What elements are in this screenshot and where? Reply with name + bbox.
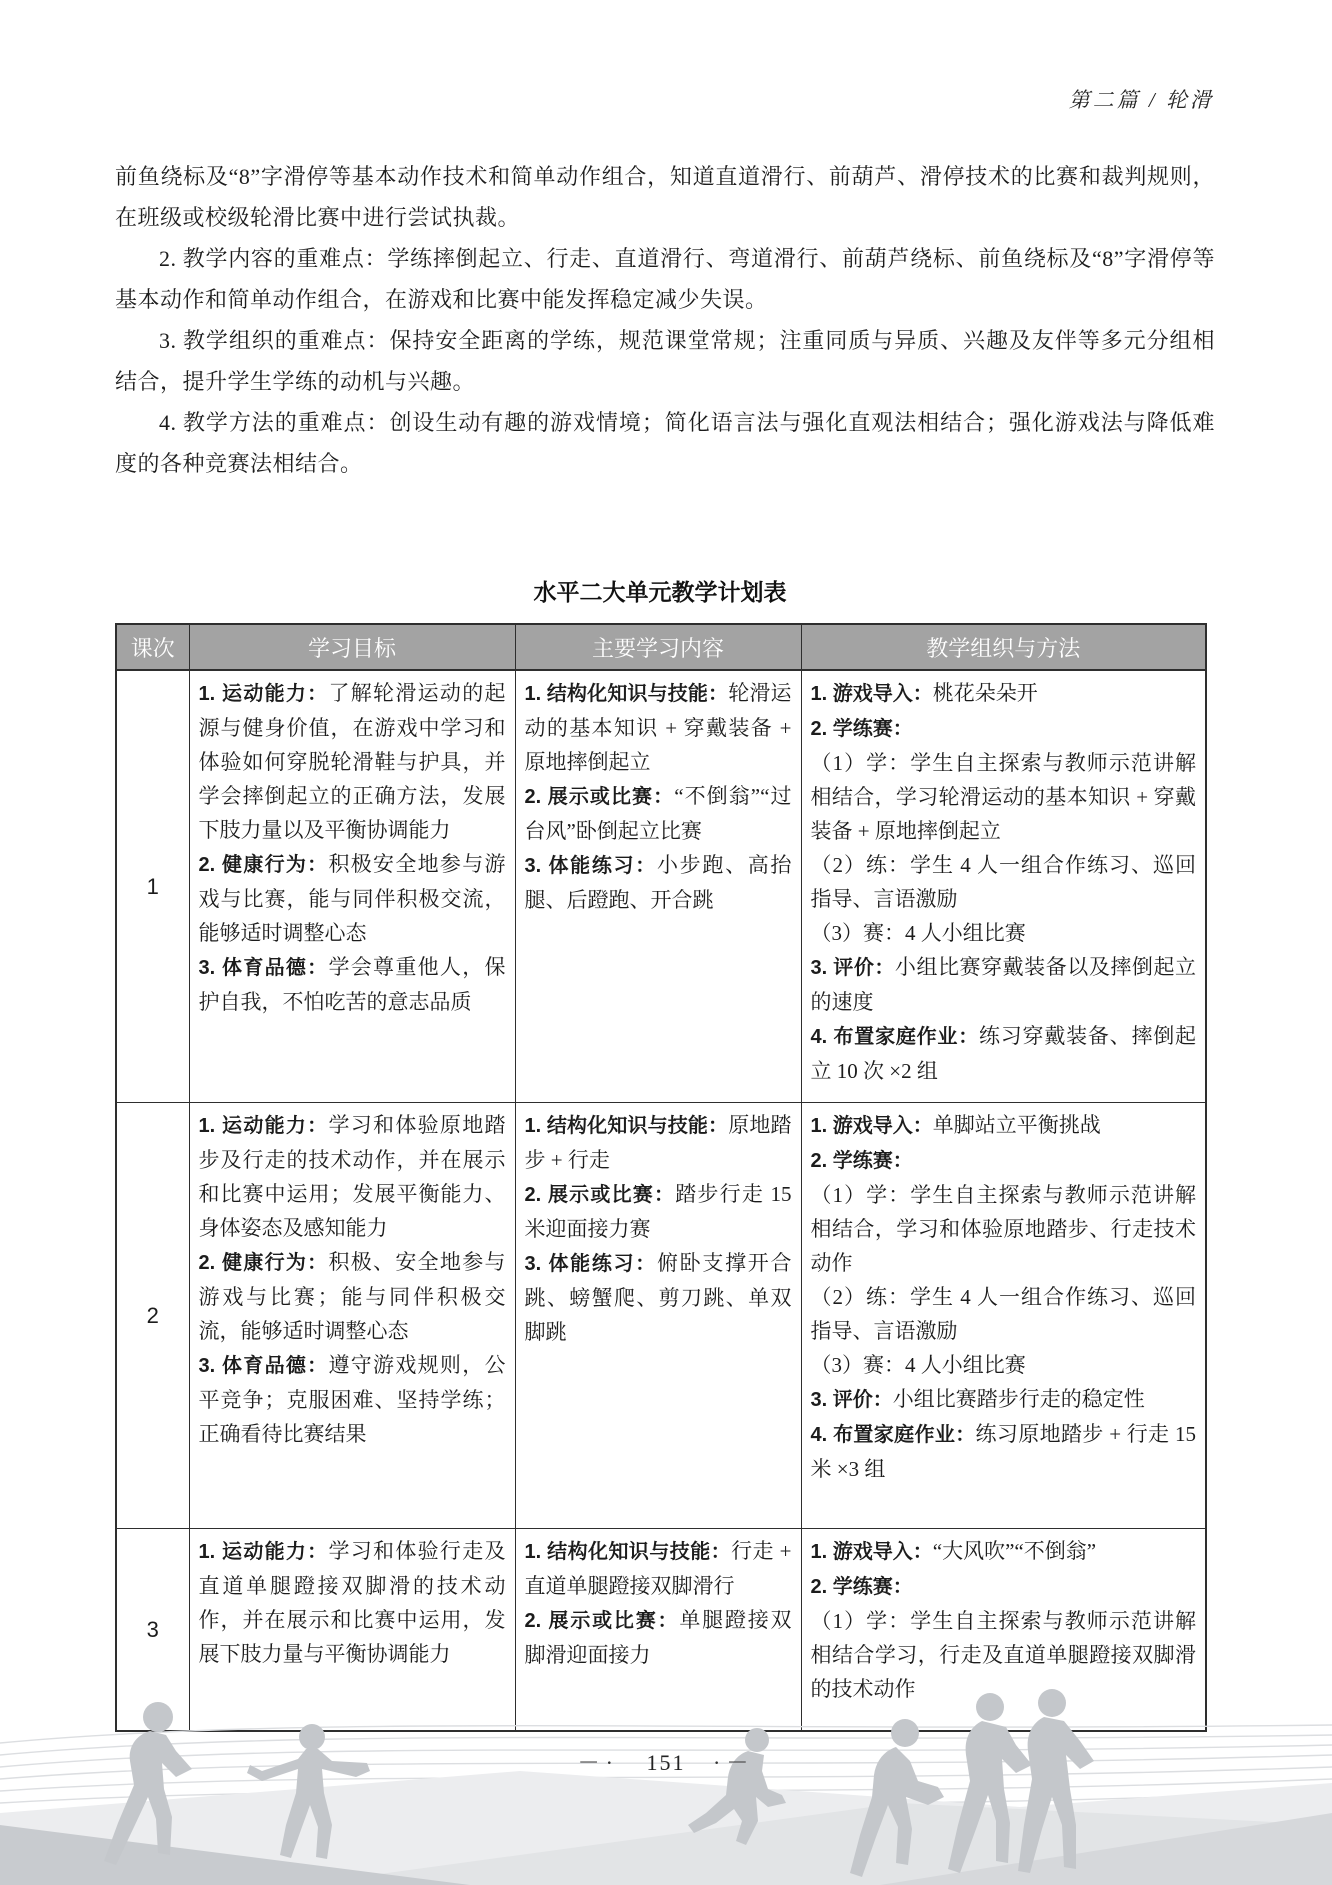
cell-paragraph: 1. 游戏导入：单脚站立平衡挑战	[811, 1108, 1197, 1143]
page-number-left-deco: －·	[578, 1750, 619, 1775]
lesson-table-body: 11. 运动能力：了解轮滑运动的起源与健身价值，在游戏中学习和体验如何穿脱轮滑鞋…	[116, 670, 1206, 1731]
cell-paragraph: （3）赛：4 人小组比赛	[811, 1348, 1197, 1382]
table-header: 课次 学习目标 主要学习内容 教学组织与方法	[116, 624, 1206, 670]
cell-paragraph: 3. 评价：小组比赛踏步行走的稳定性	[811, 1382, 1197, 1417]
page-number-right-deco: ·－	[713, 1750, 754, 1775]
cell-paragraph: 2. 学练赛：	[811, 1569, 1197, 1604]
table-row: 11. 运动能力：了解轮滑运动的起源与健身价值，在游戏中学习和体验如何穿脱轮滑鞋…	[116, 670, 1206, 1103]
cell-paragraph: 1. 结构化知识与技能：轮滑运动的基本知识 + 穿戴装备 + 原地摔倒起立	[525, 676, 792, 779]
cell-paragraph: 2. 展示或比赛：单腿蹬接双脚滑迎面接力	[525, 1603, 792, 1672]
lesson-number: 1	[116, 670, 189, 1103]
cell-paragraph: 2. 展示或比赛：“不倒翁”“过台风”卧倒起立比赛	[525, 779, 792, 848]
lesson-number: 2	[116, 1103, 189, 1529]
cell-paragraph: （2）练：学生 4 人一组合作练习、巡回指导、言语激励	[811, 1280, 1197, 1348]
page-number: －· 151 ·－	[0, 1746, 1332, 1777]
content-cell: 1. 结构化知识与技能：轮滑运动的基本知识 + 穿戴装备 + 原地摔倒起立2. …	[515, 670, 801, 1103]
cell-paragraph: 4. 布置家庭作业：练习穿戴装备、摔倒起立 10 次 ×2 组	[811, 1019, 1197, 1088]
goals-cell: 1. 运动能力：学习和体验原地踏步及行走的技术动作，并在展示和比赛中运用；发展平…	[189, 1103, 515, 1529]
paragraph: 3. 教学组织的重难点：保持安全距离的学练，规范课堂常规；注重同质与异质、兴趣及…	[115, 320, 1215, 402]
chapter-header: 第二篇 / 轮滑	[1069, 84, 1214, 114]
cell-paragraph: 1. 运动能力：了解轮滑运动的起源与健身价值，在游戏中学习和体验如何穿脱轮滑鞋与…	[199, 676, 506, 847]
cell-paragraph: 3. 体能练习：俯卧支撑开合跳、螃蟹爬、剪刀跳、单双脚跳	[525, 1246, 792, 1349]
paragraph: 前鱼绕标及“8”字滑停等基本动作技术和简单动作组合，知道直道滑行、前葫芦、滑停技…	[115, 156, 1215, 238]
column-header-goals: 学习目标	[189, 624, 515, 670]
table-title: 水平二大单元教学计划表	[115, 574, 1205, 607]
cell-paragraph: （1）学：学生自主探索与教师示范讲解相结合，学习轮滑运动的基本知识 + 穿戴装备…	[811, 746, 1197, 848]
methods-cell: 1. 游戏导入：单脚站立平衡挑战2. 学练赛：（1）学：学生自主探索与教师示范讲…	[801, 1103, 1206, 1529]
column-header-lesson: 课次	[116, 624, 189, 670]
cell-paragraph: 2. 健康行为：积极、安全地参与游戏与比赛；能与同伴积极交流，能够适时调整心态	[199, 1245, 506, 1348]
cell-paragraph: 2. 学练赛：	[811, 711, 1197, 746]
unit-plan-section: 水平二大单元教学计划表 课次 学习目标 主要学习内容 教学组织与方法 11. 运…	[115, 574, 1205, 1732]
cell-paragraph: 1. 运动能力：学习和体验原地踏步及行走的技术动作，并在展示和比赛中运用；发展平…	[199, 1108, 506, 1245]
cell-paragraph: （3）赛：4 人小组比赛	[811, 916, 1197, 950]
cell-paragraph: 2. 健康行为：积极安全地参与游戏与比赛，能与同伴积极交流，能够适时调整心态	[199, 847, 506, 950]
footer-decoration	[0, 1685, 1332, 1885]
cell-paragraph: 4. 布置家庭作业：练习原地踏步 + 行走 15 米 ×3 组	[811, 1417, 1197, 1486]
table-row: 21. 运动能力：学习和体验原地踏步及行走的技术动作，并在展示和比赛中运用；发展…	[116, 1103, 1206, 1529]
paragraph: 2. 教学内容的重难点：学练摔倒起立、行走、直道滑行、弯道滑行、前葫芦绕标、前鱼…	[115, 238, 1215, 320]
cell-paragraph: 3. 体能练习：小步跑、高抬腿、后蹬跑、开合跳	[525, 848, 792, 917]
cell-paragraph: （2）练：学生 4 人一组合作练习、巡回指导、言语激励	[811, 848, 1197, 916]
page: 第二篇 / 轮滑 前鱼绕标及“8”字滑停等基本动作技术和简单动作组合，知道直道滑…	[0, 0, 1332, 1885]
body-text: 前鱼绕标及“8”字滑停等基本动作技术和简单动作组合，知道直道滑行、前葫芦、滑停技…	[115, 156, 1215, 484]
paragraph: 4. 教学方法的重难点：创设生动有趣的游戏情境；简化语言法与强化直观法相结合；强…	[115, 402, 1215, 484]
content-cell: 1. 结构化知识与技能：原地踏步 + 行走2. 展示或比赛：踏步行走 15 米迎…	[515, 1103, 801, 1529]
cell-paragraph: （1）学：学生自主探索与教师示范讲解相结合，学习和体验原地踏步、行走技术动作	[811, 1178, 1197, 1280]
page-number-value: 151	[647, 1750, 686, 1775]
cell-paragraph: 1. 游戏导入：桃花朵朵开	[811, 676, 1197, 711]
cell-paragraph: 3. 评价：小组比赛穿戴装备以及摔倒起立的速度	[811, 950, 1197, 1019]
cell-paragraph: 3. 体育品德：遵守游戏规则，公平竞争；克服困难、坚持学练；正确看待比赛结果	[199, 1348, 506, 1451]
column-header-content: 主要学习内容	[515, 624, 801, 670]
unit-plan-table: 课次 学习目标 主要学习内容 教学组织与方法 11. 运动能力：了解轮滑运动的起…	[115, 623, 1207, 1732]
cell-paragraph: 1. 运动能力：学习和体验行走及直道单腿蹬接双脚滑的技术动作，并在展示和比赛中运…	[199, 1534, 506, 1671]
cell-paragraph: 3. 体育品德：学会尊重他人，保护自我，不怕吃苦的意志品质	[199, 950, 506, 1019]
cell-paragraph: 2. 学练赛：	[811, 1143, 1197, 1178]
column-header-methods: 教学组织与方法	[801, 624, 1206, 670]
ground-shapes	[0, 1771, 1332, 1885]
methods-cell: 1. 游戏导入：桃花朵朵开2. 学练赛：（1）学：学生自主探索与教师示范讲解相结…	[801, 670, 1206, 1103]
cell-paragraph: 2. 展示或比赛：踏步行走 15 米迎面接力赛	[525, 1177, 792, 1246]
cell-paragraph: 1. 结构化知识与技能：行走 + 直道单腿蹬接双脚滑行	[525, 1534, 792, 1603]
goals-cell: 1. 运动能力：了解轮滑运动的起源与健身价值，在游戏中学习和体验如何穿脱轮滑鞋与…	[189, 670, 515, 1103]
cell-paragraph: 1. 结构化知识与技能：原地踏步 + 行走	[525, 1108, 792, 1177]
cell-paragraph: 1. 游戏导入：“大风吹”“不倒翁”	[811, 1534, 1197, 1569]
